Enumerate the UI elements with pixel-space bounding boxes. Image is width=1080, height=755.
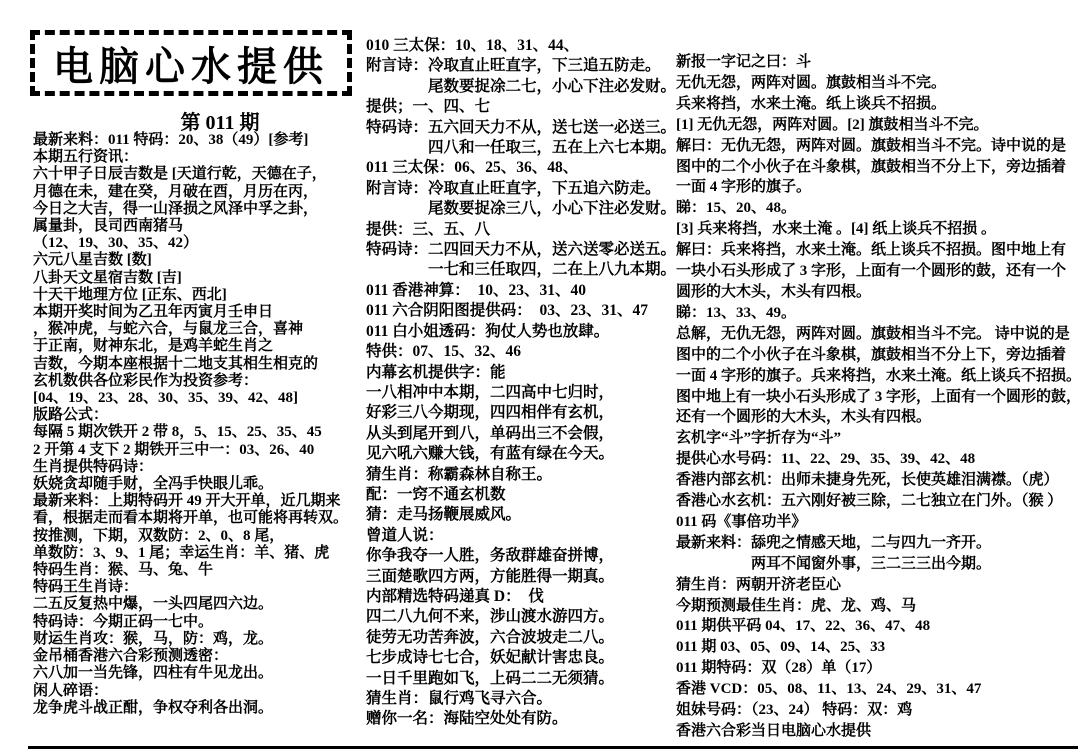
text-line: 配：一窍不通玄机数 — [366, 485, 680, 505]
text-line: ，猴冲虎，与蛇六合，与鼠龙三合，喜神 — [33, 321, 361, 338]
text-line: 特码诗：今期正码一七中。 — [33, 614, 361, 631]
text-line: 于正南，财神东北，是鸡羊蛇生肖之 — [33, 338, 361, 355]
text-line: 新报一字记之曰：斗 — [676, 52, 1080, 73]
text-line: （12、19、30、35、42） — [33, 235, 361, 252]
issue-number-label: 第 011 期 — [60, 106, 380, 135]
text-line: 月德在未，建在癸，月破在酉，月历在丙， — [33, 184, 361, 201]
text-line: 解曰：无仇无怨，两阵对圆。旗鼓相当斗不完。诗中说的是 — [676, 136, 1080, 157]
text-line: 内幕玄机提供字：能 — [366, 363, 680, 383]
text-line: 特供：07、15、32、46 — [366, 342, 680, 362]
text-line: 每隔 5 期次铁开 2 带 8，5、15、25、35、45 — [33, 424, 361, 441]
text-line: 一面 4 字形的旗子。兵来将挡，水来土淹。纸上谈兵不招损。 — [676, 366, 1080, 387]
text-line: 一日千里跑如飞，上码二二无须猜。 — [366, 669, 680, 689]
text-line: 猜生肖：称霸森林自称王。 — [366, 465, 680, 485]
title-box: 电脑心水提供 — [30, 30, 352, 96]
text-line: 提供；一、四、七 — [366, 97, 680, 117]
text-line: 一块小石头形成了 3 字形，上面有一个圆形的鼓，还有一个 — [676, 261, 1080, 282]
text-line: 最新来料：舔兜之情感天地，二与四九一齐开。 — [676, 533, 1080, 554]
text-line: 011 六合阴阳图提供码： 03、23、31、47 — [366, 301, 680, 321]
text-line: 生肖提供特码诗： — [33, 459, 361, 476]
text-line: [3] 兵来将挡，水来土淹 。[4] 纸上谈兵不招损 。 — [676, 219, 1080, 240]
text-line: 特码诗：二四回天力不从，送六送零必送五。 — [366, 240, 680, 260]
text-line: 特码生肖：猴、马、兔、牛 — [33, 562, 361, 579]
text-line: 特码诗：五六回天力不从，送七送一必送三。 — [366, 118, 680, 138]
text-line: 最新来料：011 特码：20、38（49）[参考] — [33, 132, 361, 149]
text-line: [1] 无仇无怨，两阵对圆。[2] 旗鼓相当斗不完。 — [676, 115, 1080, 136]
text-line: 011 期特码：双（28）单（17） — [676, 658, 1080, 679]
text-line: 龙争虎斗战正酣，争权夺利各出洞。 — [33, 700, 361, 717]
text-line: 本期开奖时间为乙丑年丙寅月壬申日 — [33, 304, 361, 321]
text-line: 曾道人说： — [366, 526, 680, 546]
text-line: 011 香港神算： 10、23、31、40 — [366, 281, 680, 301]
text-line: 吉数，今期本座根据十二地支其相生相克的 — [33, 356, 361, 373]
text-line: 按推测，下期，双数防：2、0、8 尾， — [33, 528, 361, 545]
text-line: 四八和一任取三，五在上六七本期。 — [366, 138, 680, 158]
text-line: 姐妹号码：（23、24） 特码：双：鸡 — [676, 700, 1080, 721]
text-line: 无仇无怨，两阵对圆。旗鼓相当斗不完。 — [676, 73, 1080, 94]
text-line: 010 三太保：10、18、31、44、 — [366, 36, 680, 56]
text-line: 011 白小姐透码：狗仗人势也放肆。 — [366, 322, 680, 342]
text-line: 你争我夺一人胜，务敌群雄奋拼博， — [366, 546, 680, 566]
text-line: 一八相冲中本期，二四高中七归时， — [366, 383, 680, 403]
text-line: 属量卦，艮司西南猪马 — [33, 218, 361, 235]
text-line: 财运生肖攻：猴，马，防：鸡，龙。 — [33, 631, 361, 648]
text-line: 二五反复热中爆，一头四尾四六边。 — [33, 596, 361, 613]
text-line: 两耳不闻窗外事，三二三三出今期。 — [676, 554, 1080, 575]
text-line: 总解，无仇无怨，两阵对圆。旗鼓相当斗不完。 诗中说的是 — [676, 324, 1080, 345]
text-line: 赠你一名：海陆空处处有防。 — [366, 709, 680, 729]
text-line: 尾数要捉凃二七，小心下注必发财。 — [366, 77, 680, 97]
text-line: 最新来料：上期特码开 49 开大开单，近几期来 — [33, 493, 361, 510]
text-line: 十天干地理方位 [正东、西北] — [33, 287, 361, 304]
text-line: 睇：13、33、49。 — [676, 303, 1080, 324]
bottom-divider-line — [28, 746, 1078, 749]
text-line: 今期预测最佳生肖：虎、龙、鸡、马 — [676, 596, 1080, 617]
text-line: 图中的二个小伙子在斗象棋，旗鼓相当不分上下，旁边插着 — [676, 345, 1080, 366]
text-line: 三面楚歌四方两，方能胜得一期真。 — [366, 567, 680, 587]
text-line: 香港 VCD：05、08、11、13、24、29、31、47 — [676, 679, 1080, 700]
text-line: 从头到尾开到八，单码出三不会假， — [366, 424, 680, 444]
text-line: 徒劳无功苦奔波，六合波坡走二八。 — [366, 628, 680, 648]
lottery-tip-sheet-page: 电脑心水提供 第 011 期 最新来料：011 特码：20、38（49）[参考]… — [0, 0, 1080, 755]
text-line: 六十甲子日辰吉数是 [天道行乾，天德在子， — [33, 166, 361, 183]
text-line: 四二八九何不来，涉山渡水游四方。 — [366, 607, 680, 627]
text-line: 今日之大吉，得一山泽损之风泽中孚之卦， — [33, 201, 361, 218]
text-line: 兵来将挡，水来土淹。纸上谈兵不招损。 — [676, 94, 1080, 115]
text-line: 圆形的大木头，木头有四根。 — [676, 282, 1080, 303]
text-line: 本期五行资讯： — [33, 149, 361, 166]
text-line: 闲人碎语： — [33, 683, 361, 700]
text-line: 图中的二个小伙子在斗象棋，旗鼓相当不分上下，旁边插着 — [676, 157, 1080, 178]
text-line: 提供：三、五、八 — [366, 220, 680, 240]
text-line: 一面 4 字形的旗子。 — [676, 177, 1080, 198]
text-line: 见六吼六赚大钱，有蓝有绿在今天。 — [366, 444, 680, 464]
text-line: 六八加一当先锋，四柱有牛见龙出。 — [33, 665, 361, 682]
text-line: 看，根据走而看本期将开单，也可能将再转双。 — [33, 510, 361, 527]
text-line: 一七和三任取四，二在上八九本期。 — [366, 260, 680, 280]
text-line: 版路公式： — [33, 407, 361, 424]
text-line: 还有一个圆形的大木头，木头有四根。 — [676, 407, 1080, 428]
middle-column: 010 三太保：10、18、31、44、附言诗：冷取直止旺直字，下三追五防走。 … — [366, 36, 680, 730]
text-line: 尾数要捉凃三八，小心下注必发财。 — [366, 199, 680, 219]
text-line: [04、19、23、28、30、35、39、42、48] — [33, 390, 361, 407]
text-line: 特码王生肖诗： — [33, 579, 361, 596]
text-line: 六元八星吉数 [数] — [33, 252, 361, 269]
left-column: 最新来料：011 特码：20、38（49）[参考]本期五行资讯：六十甲子日辰吉数… — [33, 132, 361, 717]
text-line: 八卦天文星宿吉数 [吉] — [33, 270, 361, 287]
text-line: 内部精选特码递真 D： 伐 — [366, 587, 680, 607]
text-line: 附言诗：冷取直止旺直字，下五追六防走。 — [366, 179, 680, 199]
text-line: 图中地上有一块小石头形成了 3 字形，上面有一个圆形的鼓， — [676, 387, 1080, 408]
text-line: 妖娆贪却随手财，全冯手快眼儿乖。 — [33, 476, 361, 493]
text-line: 011 码《事倍功半》 — [676, 512, 1080, 533]
text-line: 猜生肖：两朝开济老臣心 — [676, 575, 1080, 596]
text-line: 附言诗：冷取直止旺直字，下三追五防走。 — [366, 56, 680, 76]
text-line: 011 三太保：06、25、36、48、 — [366, 158, 680, 178]
text-line: 香港内部玄机：出师未捷身先死，长使英雄泪满襟。（虎） — [676, 470, 1080, 491]
text-line: 2 开第 4 支下 2 期铁开三中一：03、26、40 — [33, 442, 361, 459]
text-line: 猜：走马扬鞭展威风。 — [366, 505, 680, 525]
text-line: 玄机字“斗”字折存为“斗” — [676, 428, 1080, 449]
text-line: 猜生肖：鼠行鸡飞寻六合。 — [366, 689, 680, 709]
page-title: 电脑心水提供 — [53, 35, 329, 92]
text-line: 提供心水号码：11、22、29、35、39、42、48 — [676, 449, 1080, 470]
text-line: 七步成诗七七合，妖妃献计害忠良。 — [366, 648, 680, 668]
right-column: 新报一字记之曰：斗无仇无怨，两阵对圆。旗鼓相当斗不完。兵来将挡，水来土淹。纸上谈… — [676, 52, 1080, 742]
text-line: 单数防：3、9、1 尾；幸运生肖：羊、猪、虎 — [33, 545, 361, 562]
text-line: 玄机数供各位彩民作为投资参考： — [33, 373, 361, 390]
text-line: 011 期 03、05、09、14、25、33 — [676, 637, 1080, 658]
text-line: 睇：15、20、48。 — [676, 198, 1080, 219]
text-line: 解曰：兵来将挡，水来土淹。纸上谈兵不招损。图中地上有 — [676, 240, 1080, 261]
text-line: 金吊桶香港六合彩预测透密： — [33, 648, 361, 665]
text-line: 香港六合彩当日电脑心水提供 — [676, 721, 1080, 742]
text-line: 香港心水玄机：五六刚好被三除，二七独立在门外。（猴 ） — [676, 491, 1080, 512]
text-line: 好彩三八今期现，四四相伴有玄机， — [366, 403, 680, 423]
text-line: 011 期供平码 04、17、22、36、47、48 — [676, 616, 1080, 637]
